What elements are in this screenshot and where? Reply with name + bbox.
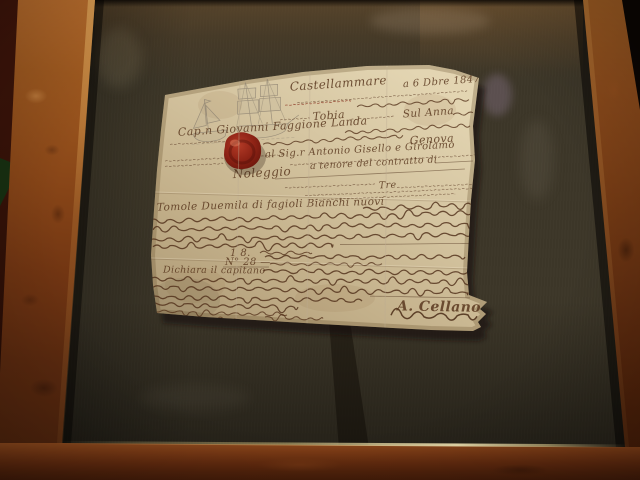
display-case-photo: Castellammare a 6 Dbre 1847 Tobia Sul An… <box>0 0 640 480</box>
ship-sail <box>237 100 260 115</box>
document-paper: Castellammare a 6 Dbre 1847 Tobia Sul An… <box>135 50 505 360</box>
handwritten-declaration: Dichiara il capitano <box>162 265 266 277</box>
ship-sail <box>238 88 257 99</box>
glass-reflection <box>520 120 554 200</box>
signature: A. Cellano <box>395 298 481 315</box>
ship-sail <box>260 84 279 96</box>
glass-reflection <box>370 8 490 34</box>
handwritten-quantity: Tre <box>379 180 397 192</box>
